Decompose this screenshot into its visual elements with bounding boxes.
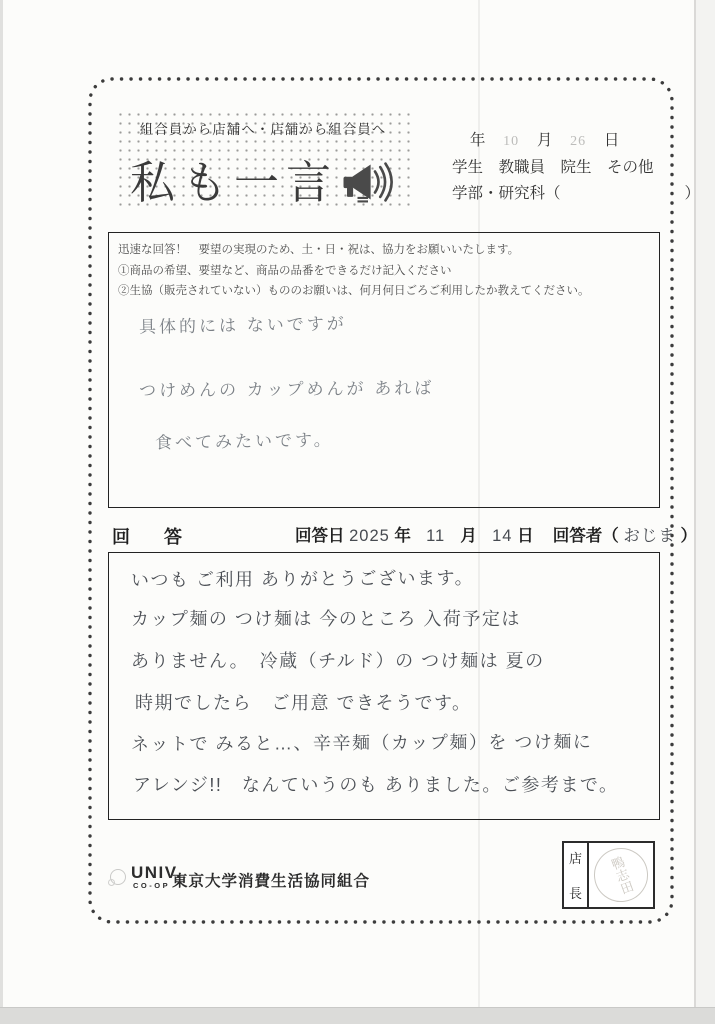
answer-handwriting-line-2: カップ麺の つけ麺は 今のところ 入荷予定は xyxy=(131,605,521,631)
instructions-block: 迅速な回答！ 要望の実現のため、土・日・祝は、協力をお願いいたします。 ①商品の… xyxy=(109,233,659,302)
megaphone-icon xyxy=(340,158,396,206)
header-subtitle: 組合員から店舗へ・店舗から組合員へ xyxy=(114,118,412,138)
day-label: 日 xyxy=(604,132,620,149)
question-handwriting-line-2: つけめんの カップめんが あれば xyxy=(139,374,434,402)
answer-handwriting-line-3: ありません。 冷蔵（チルド）の つけ麺は 夏の xyxy=(131,647,545,673)
header-banner: 組合員から店舗へ・店舗から組合員へ 私も一言 xyxy=(114,108,412,210)
store-manager-stamp-box: 店 長 鴨志田 xyxy=(562,841,655,909)
responder-label-close: ） xyxy=(680,527,697,545)
answer-handwriting-line-5: ネットで みると…、辛辛麺（カップ麺）を つけ麺に xyxy=(131,728,592,756)
store-manager-label: 店 長 xyxy=(564,843,589,907)
manager-seal-stamp: 鴨志田 xyxy=(591,845,652,906)
answer-month-label: 月 xyxy=(460,527,477,545)
stamp-cell: 鴨志田 xyxy=(589,843,653,907)
answer-handwriting-line-4: 時期でしたら ご用意 できそうです。 xyxy=(135,689,472,715)
month-label: 月 xyxy=(537,132,553,149)
responder-label: 回答者（ xyxy=(553,527,619,545)
scan-edge-left xyxy=(0,0,3,1024)
question-handwriting-line-3: 食べてみたいです。 xyxy=(155,425,334,453)
instruction-line-2: ①商品の希望、要望など、商品の品番をできるだけ記入ください xyxy=(118,261,650,282)
card-title: 私も一言 xyxy=(130,146,338,211)
answer-box: いつも ご利用 ありがとうございます。 カップ麺の つけ麺は 今のところ 入荷予… xyxy=(108,552,660,820)
manager-label-bottom: 長 xyxy=(569,883,582,902)
question-handwriting-line-1: 具体的には ないですが xyxy=(139,309,347,338)
month-value-handwritten: 10 xyxy=(503,134,519,149)
answer-date-label: 回答日 xyxy=(295,527,345,545)
day-value-handwritten: 26 xyxy=(570,134,586,149)
date-line: 年 10 月 26 日 xyxy=(452,128,682,155)
year-label: 年 xyxy=(470,132,486,149)
instruction-line-1: 迅速な回答！ 要望の実現のため、土・日・祝は、協力をお願いいたします。 xyxy=(118,240,650,261)
answer-year-handwritten: 2025 xyxy=(349,527,390,545)
answer-day-handwritten: 14 xyxy=(492,527,512,545)
answer-year-label: 年 xyxy=(394,527,411,545)
stamp-name-text: 鴨志田 xyxy=(605,853,636,896)
answer-handwriting-line-6: アレンジ!! なんていうのも ありました。ご参考まで。 xyxy=(133,771,619,797)
responder-name-handwritten: おじま xyxy=(623,527,676,545)
scan-edge-bottom xyxy=(0,1007,715,1024)
answer-day-label: 日 xyxy=(517,527,534,545)
coop-logo-mark-icon xyxy=(110,869,126,885)
affiliation-options: 学生 教職員 院生 その他 xyxy=(452,155,682,181)
department-field: 学部・研究科（ ） xyxy=(452,181,682,207)
instruction-line-3: ②生協（販売されていない）もののお願いは、何月何日ごろご利用したか教えてください… xyxy=(118,281,650,302)
question-box: 迅速な回答！ 要望の実現のため、土・日・祝は、協力をお願いいたします。 ①商品の… xyxy=(108,232,660,508)
scanned-feedback-card: 組合員から店舗へ・店舗から組合員へ 私も一言 年 10 月 2 xyxy=(0,0,715,1024)
answer-meta-line: 回答日 2025 年 11 月 14 日 回答者（ おじま ） xyxy=(295,522,697,546)
answer-section-label: 回 答 xyxy=(112,523,190,549)
answer-month-handwritten: 11 xyxy=(426,527,445,545)
manager-label-top: 店 xyxy=(569,848,582,867)
scan-edge-right-area xyxy=(696,0,715,1024)
organization-name: 東京大学消費生活協同組合 xyxy=(172,869,370,891)
header-fields: 年 10 月 26 日 学生 教職員 院生 その他 学部・研究科（ ） xyxy=(452,128,682,207)
answer-handwriting-line-1: いつも ご利用 ありがとうございます。 xyxy=(131,564,474,592)
